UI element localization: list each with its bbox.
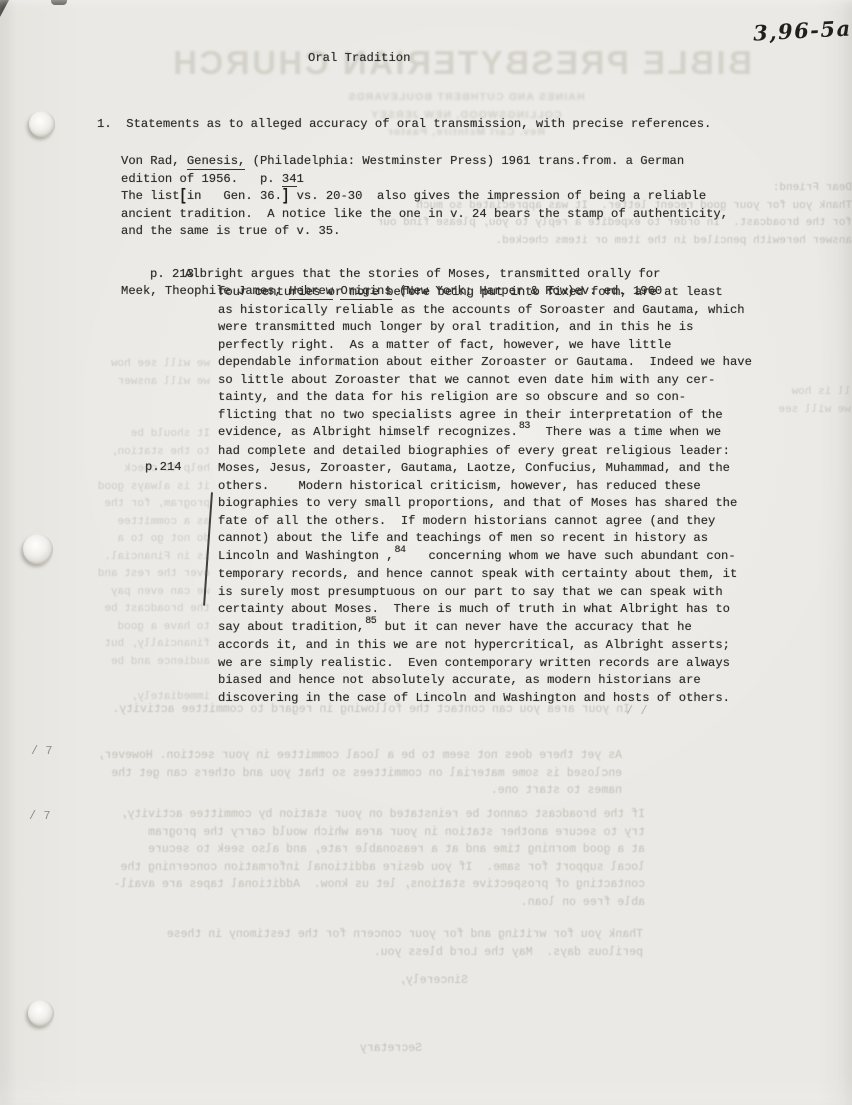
text-segment: Lincoln and Washington , (218, 549, 394, 563)
meek-quote-body: four centuries or more before being put … (218, 284, 752, 707)
text-segment: Moses, Jesus, Zoroaster, Gautama, Laotze… (218, 461, 730, 475)
text-line: evidence, as Albright himself recognizes… (218, 424, 752, 443)
text-segment: flicting that no two specialists agree i… (218, 408, 723, 422)
text-line: discovering in the case of Lincoln and W… (218, 690, 752, 708)
text-segment: ll is how (792, 386, 851, 398)
scan-corner-artifact (0, 0, 9, 17)
text-line: we will see (756, 402, 851, 420)
text-segment: local support for same. If you desire ad… (121, 861, 646, 874)
text-segment: so little about Zoroaster that we cannot… (218, 373, 715, 387)
text-segment: to the station, (111, 446, 210, 458)
hand-bracket: ] (282, 185, 289, 209)
text-segment: 1 (297, 172, 304, 186)
text-segment: temporary records, and hence cannot spea… (218, 567, 737, 581)
hole-punch-bottom (28, 1000, 54, 1026)
text-line: as a committee (10, 514, 210, 532)
text-line: financially, but (10, 636, 210, 654)
text-segment (203, 393, 210, 405)
text-line: at a good morning time and at a reasonab… (45, 841, 645, 859)
page-label-214: p.214 (145, 459, 182, 477)
text-segment: perfectly right. As a matter of fact, ho… (218, 338, 671, 352)
text-segment: biased and hence not absolutely accurate… (218, 673, 701, 687)
text-segment: do not go to a (118, 533, 210, 545)
text-segment: four centuries or more before being put … (218, 285, 723, 299)
text-segment: is surely most presumptuous on our part … (218, 585, 723, 599)
text-segment: edition of 1956. p. (121, 172, 282, 186)
text-line: contacting of prospective stations, let … (45, 876, 645, 894)
text-segment: audience and be (111, 656, 210, 668)
text-segment: others. Modern historical criticism, how… (218, 479, 701, 493)
text-line: audience and be (10, 654, 210, 672)
text-line: it is always good (10, 479, 210, 497)
text-segment: as historically reliable as the accounts… (218, 303, 745, 317)
text-line: we can even pay (10, 584, 210, 602)
text-segment: vs. 20-30 also gives the impression of b… (289, 189, 706, 203)
text-line (10, 671, 210, 689)
item-1-statement: 1. Statements as to alleged accuracy of … (97, 116, 711, 134)
text-line: As yet there does not seem to be a local… (60, 747, 622, 765)
page-title: Oral Tradition (308, 50, 410, 68)
text-segment: certainty about Moses. There is much of … (218, 602, 730, 616)
text-line: we will answer (10, 374, 210, 392)
text-line: had complete and detailed biographies of… (218, 443, 752, 461)
text-segment: discovering in the case of Lincoln and W… (218, 691, 730, 705)
text-segment: able free on loan. (521, 896, 645, 909)
text-line: so little about Zoroaster that we cannot… (218, 372, 752, 390)
text-line: do not go to a (10, 531, 210, 549)
text-segment: There was a time when we (531, 425, 721, 439)
text-line: four centuries or more before being put … (218, 284, 752, 302)
hole-punch-top (29, 111, 55, 137)
text-segment: HAINES AND CUTHBERT BOULEVARDS (347, 91, 584, 103)
text-line: biographies to very small proportions, a… (218, 495, 752, 513)
text-segment: we will see how (111, 358, 210, 370)
text-segment: dependable information about either Zoro… (218, 355, 752, 369)
text-line: as historically reliable as the accounts… (218, 302, 752, 320)
meek-quote-first-line: Albright argues that the stories of Mose… (185, 266, 660, 284)
text-segment: to have a good (118, 621, 210, 633)
scanned-document-page: BIBLE PRESBYTERIAN CHURCH HAINES AND CUT… (0, 0, 852, 1105)
text-line: It should be (10, 426, 210, 444)
text-line: certainty about Moses. There is much of … (218, 601, 752, 619)
text-line (10, 391, 210, 409)
text-segment: the broadcast be (104, 603, 210, 615)
text-line: were transmitted much longer by oral tra… (218, 319, 752, 337)
text-segment: it is always good (98, 481, 210, 493)
text-segment: Von Rad, (121, 154, 187, 168)
text-segment: biographies to very small proportions, a… (218, 496, 737, 510)
text-segment: try to secure another station in your ar… (148, 826, 645, 839)
scan-edge-artifact (51, 0, 67, 5)
text-line: Lincoln and Washington ,84 concerning wh… (218, 548, 752, 567)
text-line: is surely most presumptuous on our part … (218, 584, 752, 602)
text-segment: Dear Friend: (773, 182, 852, 194)
text-line: dependable information about either Zoro… (218, 354, 752, 372)
text-segment: perilous days. May the Lord bless you. (374, 946, 643, 959)
ghost-paragraph-committee: As yet there does not seem to be a local… (60, 747, 622, 800)
ghost-closing-lines: Thank you for writing and for your conce… (213, 926, 643, 961)
text-line: flicting that no two specialists agree i… (218, 407, 752, 425)
text-segment: but it can never have the accuracy that … (377, 620, 692, 634)
text-segment: in Gen. 36. (187, 189, 282, 203)
text-segment: tainty, and the data for his religion ar… (218, 390, 686, 404)
text-segment: say about tradition, (218, 620, 364, 634)
text-line: and the same is true of v. 35. (121, 223, 728, 241)
text-segment: (Philadelphia: Westminster Press) 1961 t… (245, 154, 684, 168)
text-segment: were transmitted much longer by oral tra… (218, 320, 693, 334)
text-segment: at a good morning time and at a reasonab… (148, 843, 645, 856)
ghost-church-name: BIBLE PRESBYTERIAN CHURCH (180, 44, 752, 82)
text-segment: over the rest and (98, 568, 210, 580)
citation-von-rad: Von Rad, Genesis, (Philadelphia: Westmin… (121, 153, 728, 241)
text-line: say about tradition,85 but it can never … (218, 619, 752, 638)
text-line: ancient tradition. A notice like the one… (121, 206, 728, 224)
text-segment: The list (121, 189, 180, 203)
text-line (10, 409, 210, 427)
text-line: Thank you for writing and for your conce… (213, 926, 643, 944)
text-line: we are simply realistic. Even contempora… (218, 655, 752, 673)
text-segment: Genesis, (187, 154, 246, 170)
text-line: to have a good (10, 619, 210, 637)
text-segment: names to start one. (491, 784, 622, 797)
text-line: biased and hence not absolutely accurate… (218, 672, 752, 690)
text-line: If the broadcast cannot be reinstated on… (45, 806, 645, 824)
ghost-letter-fragments-left: we will see howwe will answer It should … (10, 356, 210, 706)
text-line: tainty, and the data for his religion ar… (218, 389, 752, 407)
footnote-superscript: 83 (519, 421, 530, 432)
text-segment: program, for the (104, 498, 210, 510)
hand-bracket: [ (180, 185, 187, 209)
text-line: over the rest and (10, 566, 210, 584)
text-segment: concerning whom we have such abundant co… (407, 549, 736, 563)
text-line: HAINES AND CUTHBERT BOULEVARDS (180, 90, 752, 108)
text-segment: evidence, as Albright himself recognizes… (218, 425, 518, 439)
text-segment: ancient tradition. A notice like the one… (121, 207, 728, 221)
text-line: program, for the (10, 496, 210, 514)
text-line: local support for same. If you desire ad… (45, 859, 645, 877)
text-segment: cannot) about the life and teachings of … (218, 531, 708, 545)
text-segment: It should be (131, 428, 210, 440)
text-line: perfectly right. As a matter of fact, ho… (218, 337, 752, 355)
footnote-superscript: 85 (365, 616, 376, 627)
text-line: try to secure another station in your ar… (45, 824, 645, 842)
text-line: perilous days. May the Lord bless you. (213, 944, 643, 962)
text-segment: enclosed is some material on committees … (111, 767, 622, 780)
footnote-superscript: 84 (395, 545, 406, 556)
text-segment: financially, but (104, 638, 210, 650)
ghost-letter-fragments-right: ll is howwe will see (756, 384, 851, 419)
text-segment: we can even pay (111, 586, 210, 598)
text-segment: fate of all the others. If modern histor… (218, 514, 715, 528)
text-segment: and the same is true of v. 35. (121, 224, 340, 238)
text-line: ll is how (756, 384, 851, 402)
ghost-secretary: Secretary (347, 1040, 422, 1058)
text-segment: we will answer (118, 376, 210, 388)
text-line: fate of all the others. If modern histor… (218, 513, 752, 531)
text-segment: accords it, and in this we are not hyper… (218, 638, 730, 652)
text-line: is in Financial. (10, 549, 210, 567)
text-segment: had complete and detailed biographies of… (218, 444, 730, 458)
text-line: able free on loan. (45, 894, 645, 912)
ghost-sincerely: Sincerely, (388, 972, 468, 990)
text-line: accords it, and in this we are not hyper… (218, 637, 752, 655)
text-segment (203, 411, 210, 423)
text-segment: Thank you for writing and for your conce… (167, 928, 643, 941)
text-line: the broadcast be (10, 601, 210, 619)
text-segment: as a committee (118, 516, 210, 528)
ghost-paragraph-broadcast: If the broadcast cannot be reinstated on… (45, 806, 645, 911)
pen-check-mark-2: / 7 (29, 809, 51, 823)
text-line: names to start one. (60, 782, 622, 800)
text-line: enclosed is some material on committees … (60, 765, 622, 783)
pen-check-mark-1: / 7 (31, 744, 53, 758)
text-segment: we are simply realistic. Even contempora… (218, 656, 730, 670)
text-segment (203, 673, 210, 685)
text-line: edition of 1956. p. 341 (121, 171, 728, 189)
text-segment: is in Financial. (104, 551, 210, 563)
text-line: Moses, Jesus, Zoroaster, Gautama, Laotze… (218, 460, 752, 478)
text-line: cannot) about the life and teachings of … (218, 530, 752, 548)
text-line: temporary records, and hence cannot spea… (218, 566, 752, 584)
text-line: we will see how (10, 356, 210, 374)
text-segment: we will see (778, 404, 851, 416)
handwritten-archive-number: 3,96-5a (752, 15, 852, 45)
text-segment: If the broadcast cannot be reinstated on… (121, 808, 646, 821)
text-line: Von Rad, Genesis, (Philadelphia: Westmin… (121, 153, 728, 171)
text-segment: As yet there does not seem to be a local… (98, 749, 623, 762)
text-line: others. Modern historical criticism, how… (218, 478, 752, 496)
text-line: The list[in Gen. 36.] vs. 20-30 also giv… (121, 188, 728, 206)
text-segment: contacting of prospective stations, let … (114, 878, 645, 891)
